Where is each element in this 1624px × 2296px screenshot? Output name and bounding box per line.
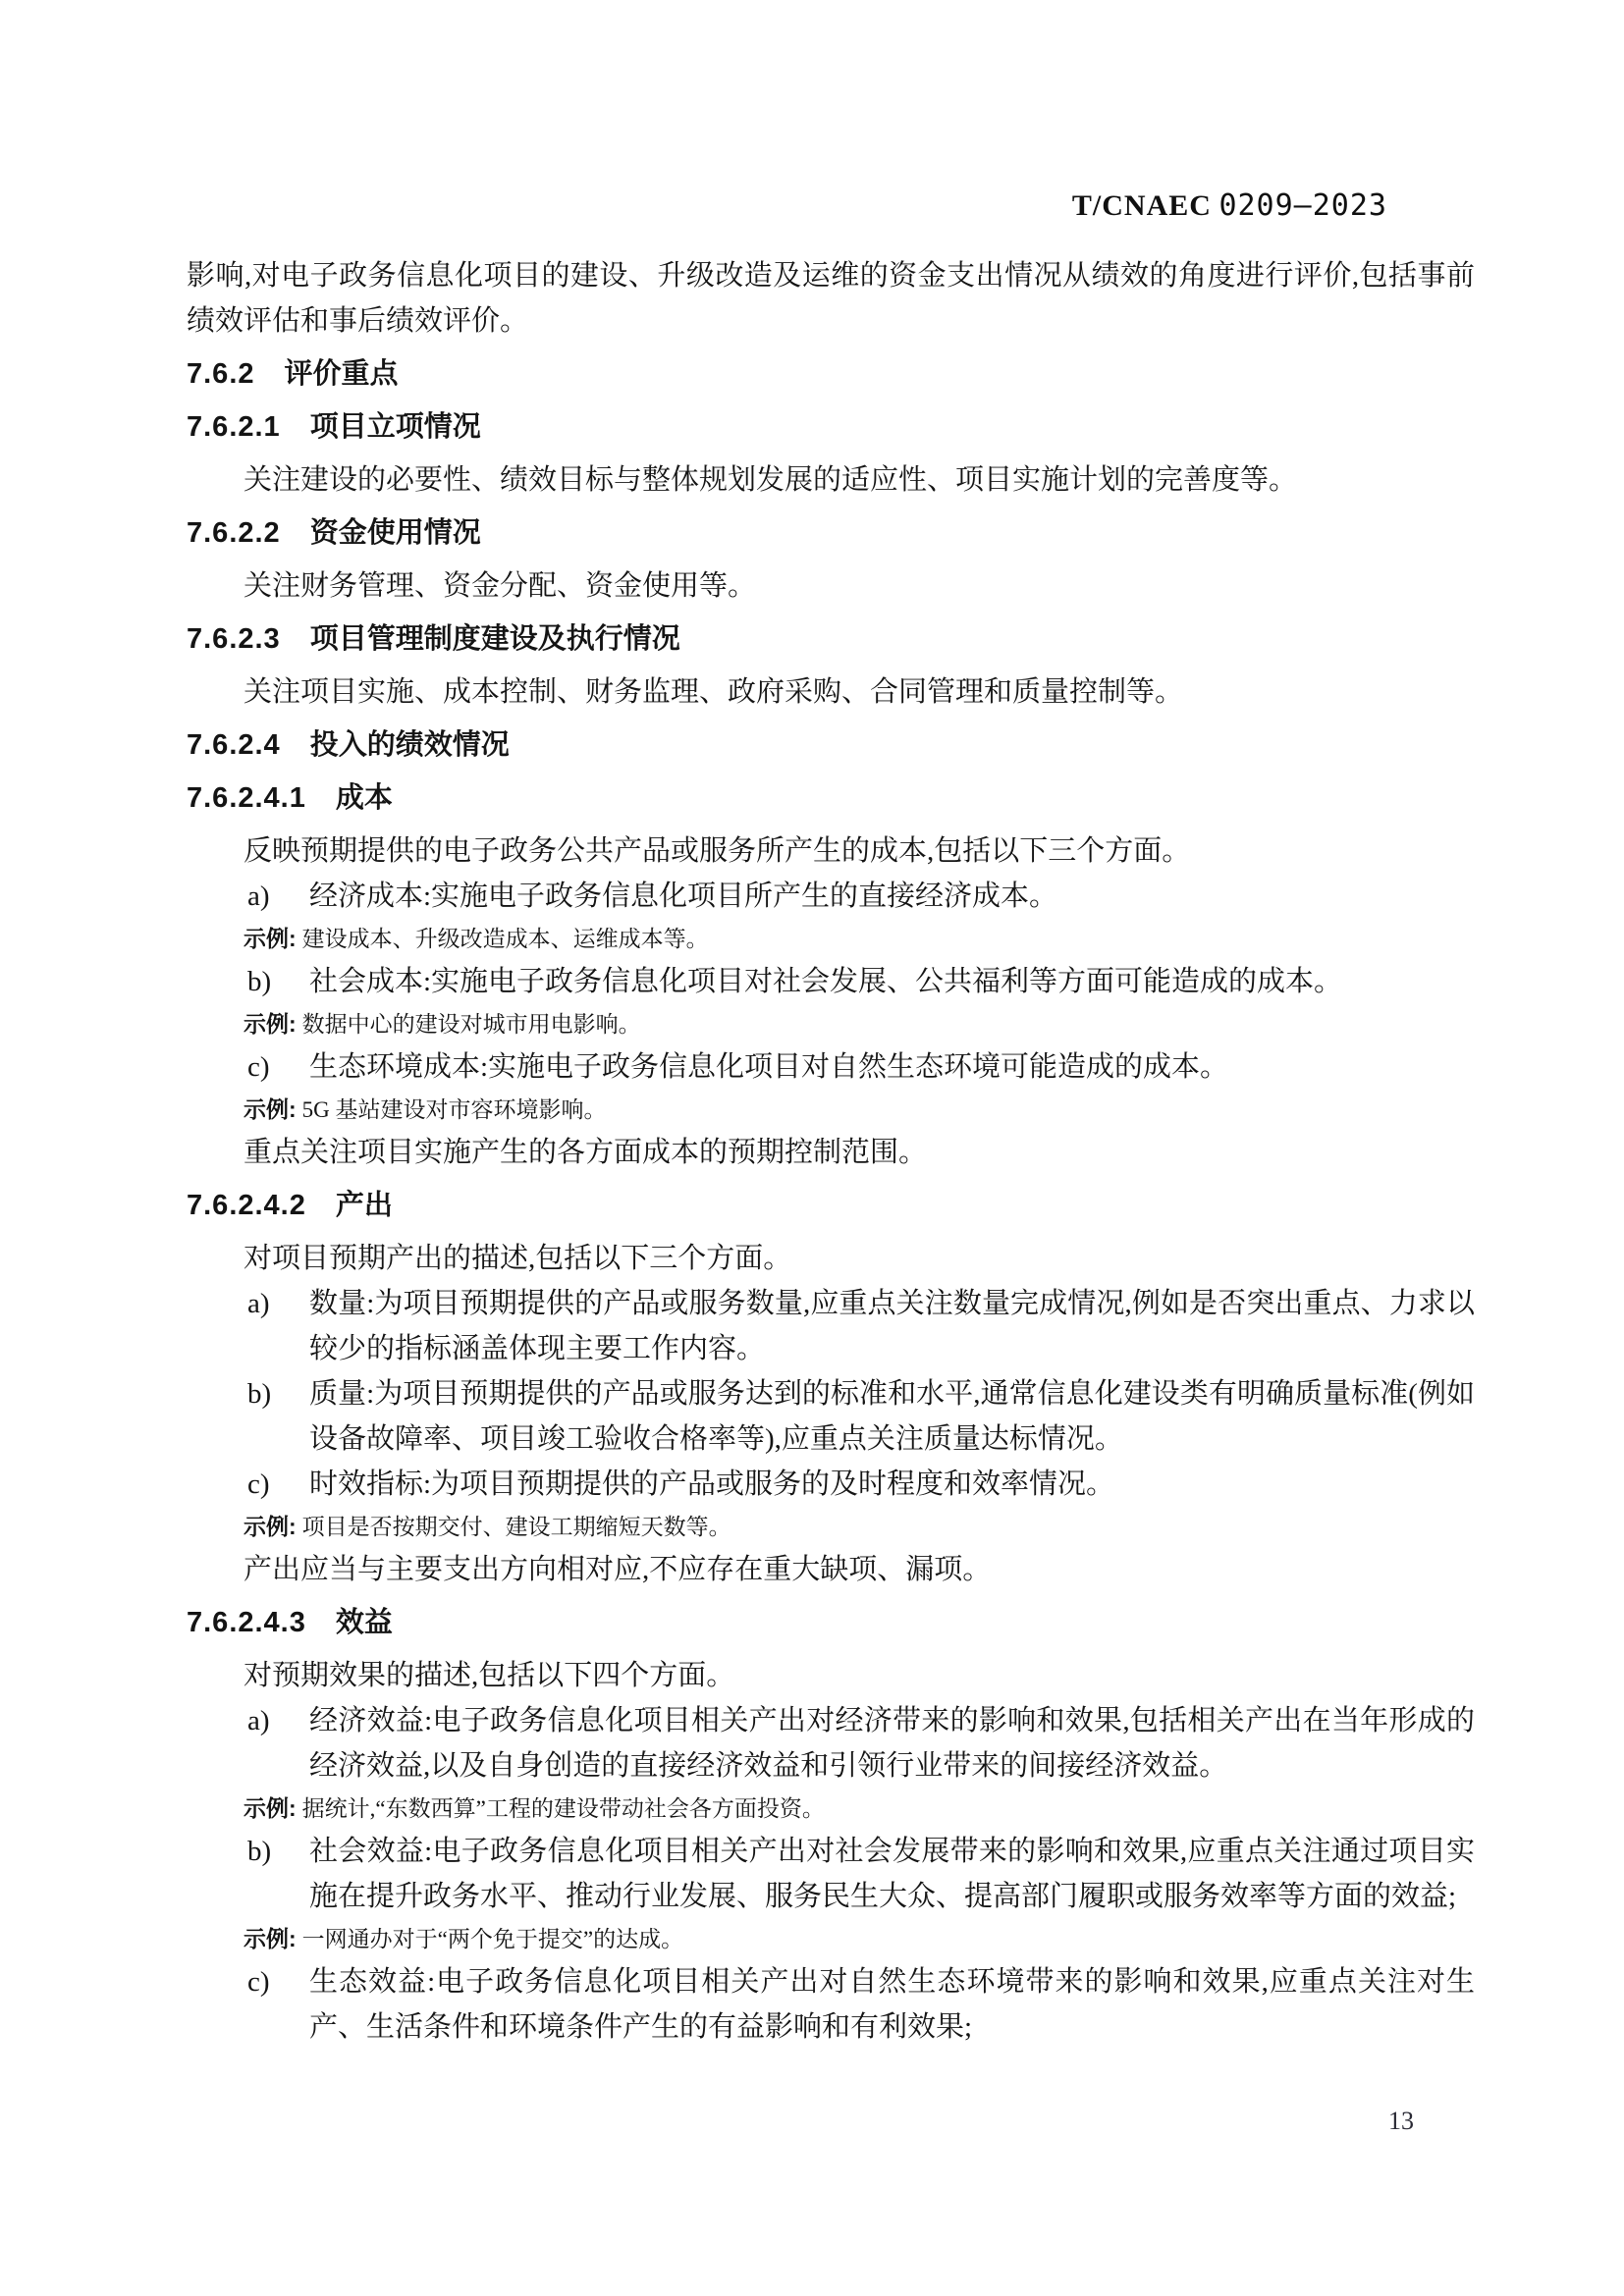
- body-paragraph: 重点关注项目实施产生的各方面成本的预期控制范围。: [187, 1130, 1475, 1175]
- heading-title: 项目管理制度建设及执行情况: [310, 623, 680, 655]
- body-paragraph: 产出应当与主要支出方向相对应,不应存在重大缺项、漏项。: [187, 1547, 1475, 1592]
- page-number: 13: [1388, 2107, 1414, 2136]
- standard-code-prefix: T/CNAEC: [1072, 189, 1212, 222]
- page-header: T/CNAEC 0209—2023: [1072, 189, 1387, 223]
- section-heading-7-6-2: 7.6.2评价重点: [187, 351, 1475, 397]
- body-paragraph: 关注建设的必要性、绩效目标与整体规划发展的适应性、项目实施计划的完善度等。: [187, 457, 1475, 503]
- list-text: 质量:为项目预期提供的产品或服务达到的标准和水平,通常信息化建设类有明确质量标准…: [309, 1378, 1475, 1455]
- section-heading-7-6-2-1: 7.6.2.1项目立项情况: [187, 404, 1475, 450]
- heading-title: 项目立项情况: [310, 411, 481, 443]
- heading-title: 投入的绩效情况: [310, 729, 510, 761]
- example-note: 示例:数据中心的建设对城市用电影响。: [244, 1004, 1475, 1044]
- standard-code-number: 0209—2023: [1218, 188, 1387, 223]
- heading-title: 产出: [336, 1190, 393, 1221]
- section-heading-7-6-2-4: 7.6.2.4投入的绩效情况: [187, 722, 1475, 768]
- section-heading-7-6-2-4-3: 7.6.2.4.3效益: [187, 1600, 1475, 1645]
- section-heading-7-6-2-4-1: 7.6.2.4.1成本: [187, 775, 1475, 821]
- body-paragraph: 关注项目实施、成本控制、财务监理、政府采购、合同管理和质量控制等。: [187, 669, 1475, 715]
- list-marker: c): [247, 1462, 270, 1507]
- example-text: 项目是否按期交付、建设工期缩短天数等。: [302, 1515, 731, 1539]
- example-label: 示例:: [244, 1795, 297, 1821]
- list-text: 社会效益:电子政务信息化项目相关产出对社会发展带来的影响和效果,应重点关注通过项…: [309, 1836, 1475, 1912]
- list-text: 经济效益:电子政务信息化项目相关产出对经济带来的影响和效果,包括相关产出在当年形…: [309, 1705, 1475, 1782]
- example-label: 示例:: [244, 1926, 297, 1951]
- section-heading-7-6-2-3: 7.6.2.3项目管理制度建设及执行情况: [187, 616, 1475, 662]
- list-text: 经济成本:实施电子政务信息化项目所产生的直接经济成本。: [309, 881, 1057, 912]
- list-item-c: c)生态环境成本:实施电子政务信息化项目对自然生态环境可能造成的成本。: [187, 1044, 1475, 1090]
- example-text: 一网通办对于“两个免于提交”的达成。: [302, 1927, 683, 1951]
- list-text: 生态环境成本:实施电子政务信息化项目对自然生态环境可能造成的成本。: [309, 1051, 1228, 1083]
- list-text: 数量:为项目预期提供的产品或服务数量,应重点关注数量完成情况,例如是否突出重点、…: [309, 1288, 1475, 1364]
- body-paragraph: 对项目预期产出的描述,包括以下三个方面。: [187, 1236, 1475, 1281]
- example-note: 示例:据统计,“东数西算”工程的建设带动社会各方面投资。: [244, 1789, 1475, 1829]
- list-marker: a): [247, 1698, 270, 1743]
- list-item-b: b)质量:为项目预期提供的产品或服务达到的标准和水平,通常信息化建设类有明确质量…: [187, 1371, 1475, 1462]
- heading-title: 资金使用情况: [310, 517, 481, 549]
- body-paragraph: 对预期效果的描述,包括以下四个方面。: [187, 1653, 1475, 1698]
- list-marker: b): [247, 959, 271, 1004]
- heading-number: 7.6.2.3: [187, 623, 281, 655]
- heading-title: 评价重点: [285, 358, 399, 390]
- list-item-c: c)时效指标:为项目预期提供的产品或服务的及时程度和效率情况。: [187, 1462, 1475, 1507]
- list-text: 生态效益:电子政务信息化项目相关产出对自然生态环境带来的影响和效果,应重点关注对…: [309, 1966, 1475, 2043]
- heading-title: 效益: [336, 1607, 393, 1638]
- example-text: 数据中心的建设对城市用电影响。: [302, 1012, 641, 1037]
- list-item-b: b)社会效益:电子政务信息化项目相关产出对社会发展带来的影响和效果,应重点关注通…: [187, 1829, 1475, 1919]
- example-note: 示例:项目是否按期交付、建设工期缩短天数等。: [244, 1507, 1475, 1547]
- heading-number: 7.6.2.4.2: [187, 1190, 306, 1221]
- list-text: 时效指标:为项目预期提供的产品或服务的及时程度和效率情况。: [309, 1468, 1114, 1500]
- heading-number: 7.6.2.2: [187, 517, 281, 549]
- section-heading-7-6-2-4-2: 7.6.2.4.2产出: [187, 1183, 1475, 1228]
- list-marker: a): [247, 1281, 270, 1326]
- section-heading-7-6-2-2: 7.6.2.2资金使用情况: [187, 510, 1475, 556]
- list-item-b: b)社会成本:实施电子政务信息化项目对社会发展、公共福利等方面可能造成的成本。: [187, 959, 1475, 1004]
- example-text: 据统计,“东数西算”工程的建设带动社会各方面投资。: [302, 1796, 825, 1821]
- list-item-a: a)数量:为项目预期提供的产品或服务数量,应重点关注数量完成情况,例如是否突出重…: [187, 1281, 1475, 1371]
- list-item-a: a)经济成本:实施电子政务信息化项目所产生的直接经济成本。: [187, 874, 1475, 919]
- heading-title: 成本: [336, 782, 393, 814]
- example-note: 示例:5G 基站建设对市容环境影响。: [244, 1090, 1475, 1130]
- example-note: 示例:建设成本、升级改造成本、运维成本等。: [244, 919, 1475, 959]
- list-marker: b): [247, 1371, 271, 1416]
- list-marker: a): [247, 874, 270, 919]
- example-text: 5G 基站建设对市容环境影响。: [302, 1097, 607, 1122]
- example-text: 建设成本、升级改造成本、运维成本等。: [302, 927, 709, 951]
- example-label: 示例:: [244, 926, 297, 951]
- list-marker: b): [247, 1829, 271, 1874]
- list-item-c: c)生态效益:电子政务信息化项目相关产出对自然生态环境带来的影响和效果,应重点关…: [187, 1959, 1475, 2050]
- list-marker: c): [247, 1044, 270, 1090]
- document-body: 影响,对电子政务信息化项目的建设、升级改造及运维的资金支出情况从绩效的角度进行评…: [187, 253, 1475, 2050]
- list-item-a: a)经济效益:电子政务信息化项目相关产出对经济带来的影响和效果,包括相关产出在当…: [187, 1698, 1475, 1789]
- body-paragraph: 关注财务管理、资金分配、资金使用等。: [187, 563, 1475, 609]
- heading-number: 7.6.2.4.1: [187, 782, 306, 814]
- heading-number: 7.6.2.4: [187, 729, 281, 761]
- body-paragraph: 反映预期提供的电子政务公共产品或服务所产生的成本,包括以下三个方面。: [187, 828, 1475, 874]
- heading-number: 7.6.2.4.3: [187, 1607, 306, 1638]
- heading-number: 7.6.2.1: [187, 411, 281, 443]
- list-marker: c): [247, 1959, 270, 2004]
- heading-number: 7.6.2: [187, 358, 255, 390]
- intro-paragraph: 影响,对电子政务信息化项目的建设、升级改造及运维的资金支出情况从绩效的角度进行评…: [187, 253, 1475, 344]
- example-label: 示例:: [244, 1514, 297, 1539]
- example-label: 示例:: [244, 1011, 297, 1037]
- list-text: 社会成本:实施电子政务信息化项目对社会发展、公共福利等方面可能造成的成本。: [309, 966, 1342, 997]
- example-note: 示例:一网通办对于“两个免于提交”的达成。: [244, 1919, 1475, 1959]
- example-label: 示例:: [244, 1096, 297, 1122]
